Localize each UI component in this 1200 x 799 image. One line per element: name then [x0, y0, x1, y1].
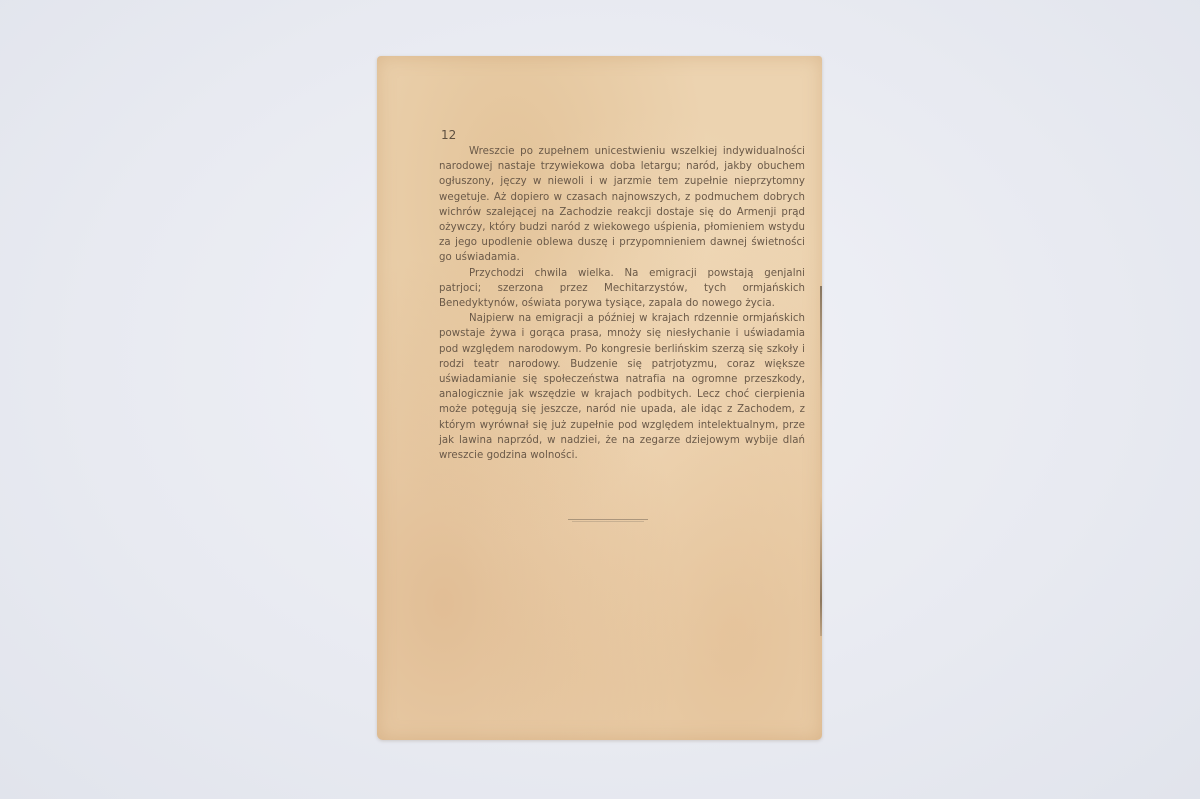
- section-divider: [568, 519, 648, 520]
- binding-edge: [820, 286, 822, 636]
- page-number: 12: [441, 128, 456, 142]
- paragraph-3: Najpierw na emigracji a później w krajac…: [439, 311, 805, 463]
- paragraph-2: Przychodzi chwila wielka. Na emigracji p…: [439, 266, 805, 312]
- document-page: 12 Wreszcie po zupełnem unicestwieniu ws…: [377, 56, 822, 740]
- paragraph-1: Wreszcie po zupełnem unicestwieniu wszel…: [439, 144, 805, 266]
- body-text: Wreszcie po zupełnem unicestwieniu wszel…: [439, 144, 805, 463]
